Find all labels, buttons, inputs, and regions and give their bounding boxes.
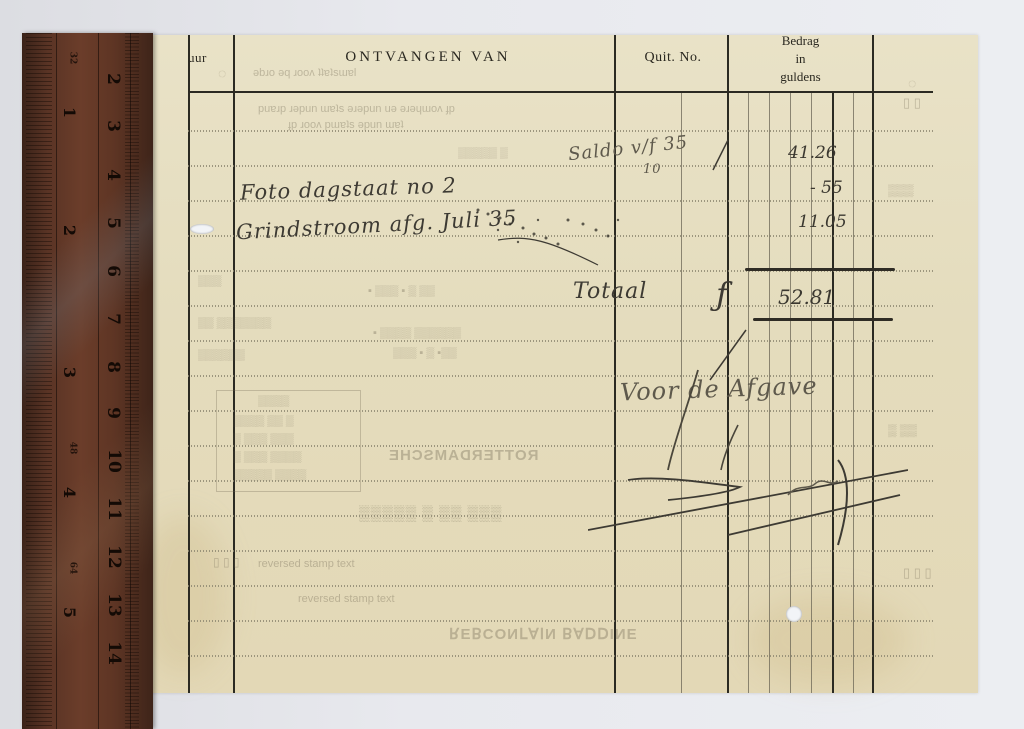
ghost-margin-mark: ◌ [218, 65, 226, 81]
ghost-print-text: ▪ ▒▒▒▒ ▒▒▒▒▒▒ [373, 327, 461, 339]
entry-tick-marks [688, 125, 748, 385]
ghost-print-text: ▪ ▒▒▒ ▪ ▒ ▒▒ [368, 285, 435, 297]
paper-stain [748, 595, 908, 685]
ruler-small-mark: 64 [67, 562, 77, 575]
total-rule-bottom [753, 318, 893, 321]
ghost-margin-mark: ▒▒▒ [888, 183, 914, 197]
row-line [188, 620, 933, 622]
ghost-print-text: ▒▒▒▒▒ ▒ [458, 147, 508, 159]
ghost-stamp-text: ▒▒▒ ▒▒ ▒ ▒▒▒▒▒ [358, 505, 501, 522]
ruler-inch-mark: 2 [60, 225, 79, 236]
entry-3-amount: 11.05 [798, 212, 847, 232]
ghost-print-text: ▒ ▒▒▒ ▒▒▒ [233, 433, 294, 445]
ghost-print-text: ▒▒▒▒▒▒ [198, 349, 245, 361]
header-bedrag: Bedrag in guldens [728, 32, 873, 86]
ghost-print-text: ▒▒▒▒ [258, 395, 289, 407]
row-line [188, 340, 933, 342]
ruler-cm-mark: 12 [104, 545, 124, 569]
ruler-cm-mark: 2 [103, 73, 123, 85]
total-amount: 52.81 [778, 285, 835, 309]
ruler-cm-mark: 11 [104, 497, 124, 521]
header-bedrag-line3: guldens [728, 68, 873, 86]
total-label: Totaal [573, 279, 647, 304]
ruler-inch-mark: 3 [60, 367, 79, 378]
ghost-print-text: ▒ ▒▒▒ ▒▒▒▒ [233, 451, 301, 463]
ghost-stamp-text: reversed stamp text [258, 558, 355, 570]
ledger-page: uur ONTVANGEN VAN Quit. No. Bedrag in gu… [148, 35, 978, 693]
ghost-print-text: ▒▒▒ [198, 275, 221, 287]
ruler-cm-mark: 3 [103, 120, 123, 132]
ruler-inch-mark: 5 [60, 607, 79, 618]
ghost-stamp-text: reversed stamp text [298, 593, 395, 605]
ghost-margin-mark: ▯ ▯ [903, 95, 921, 111]
row-line [188, 165, 933, 167]
ruler-inch-mark: 4 [60, 487, 79, 498]
ghost-print-text: ▒▒ ▒▒▒▒▒▒▒ [198, 317, 271, 329]
ghost-print-text: ǝbɹo ǝq ɹooʌ ʇʇɐʇsɯɐl [253, 67, 356, 79]
ruler-small-mark: 48 [67, 442, 77, 455]
ghost-stamp-text: ƎNIꓷꓷⱯꓭ NꓲⱯ⅃NOƆꓭƎꓤ [448, 625, 637, 643]
ghost-print-text: ▒▒▒▒ ▒▒ ▒ [233, 415, 294, 427]
measuring-ruler: 2 3 4 5 6 7 8 9 10 11 12 13 14 1 2 3 4 5… [22, 33, 153, 729]
header-bedrag-line2: in [728, 50, 873, 68]
ruler-reflection [22, 33, 153, 729]
ruler-cm-mark: 13 [104, 593, 124, 617]
entry-1-description: Saldo v/f 35 [567, 132, 689, 165]
column-rule-quit [614, 35, 616, 693]
column-rule-uur [233, 35, 235, 693]
cancellation-stamp [438, 190, 658, 270]
ghost-margin-mark: ◌ [908, 75, 916, 91]
entry-2-amount: - 55 [810, 178, 843, 198]
ruler-cm-mark: 6 [103, 265, 123, 277]
ruler-small-mark: 32 [67, 52, 77, 65]
ruler-cm-mark: 10 [104, 449, 124, 473]
ghost-print-text: puɐɹp ɹǝpun ɯɐʇs ǝɹǝpun uǝ ǝɹǝɥɯoʌ ɟp [258, 103, 455, 115]
header-uur: uur [188, 50, 207, 66]
ghost-margin-mark: ▯ ▯ ▯ [213, 555, 239, 569]
ruler-cm-mark: 5 [103, 217, 123, 229]
ghost-print-text: ▒▒▒ ▪ ▒ ▪▒▒ [393, 347, 457, 359]
ruler-cm-mark: 14 [104, 641, 124, 665]
ghost-stamp-text: ROTTERDAMSCHE [388, 447, 539, 464]
row-line [188, 585, 933, 587]
ruler-inch-mark: 1 [60, 107, 79, 118]
total-rule-top [745, 268, 895, 271]
ghost-margin-mark: ▯ ▯ ▯ [903, 565, 932, 581]
column-rule-left [188, 35, 190, 693]
ruler-cm-mark: 7 [103, 313, 123, 325]
column-rule-right [872, 35, 874, 693]
ghost-print-text: ɟp ɹooʌ pɯɐʇs ǝpun ɯɐʇ [288, 119, 404, 131]
header-rule [188, 91, 933, 93]
ruler-cm-mark: 8 [103, 361, 123, 373]
entry-1-quit-no: 10 [643, 162, 662, 177]
ruler-cm-mark: 9 [103, 407, 123, 419]
signature-scrawl [588, 365, 908, 555]
header-ontvangen-van: ONTVANGEN VAN [238, 49, 618, 66]
header-bedrag-line1: Bedrag [728, 32, 873, 50]
header-quit-no: Quit. No. [618, 50, 728, 66]
ghost-print-text: ▒▒▒▒▒ ▒▒▒▒ [233, 469, 306, 481]
ruler-cm-mark: 4 [103, 169, 123, 181]
paper-hole [190, 224, 214, 234]
row-line [188, 655, 933, 657]
paper-hole [786, 606, 802, 622]
entry-1-amount: 41.26 [788, 143, 837, 163]
